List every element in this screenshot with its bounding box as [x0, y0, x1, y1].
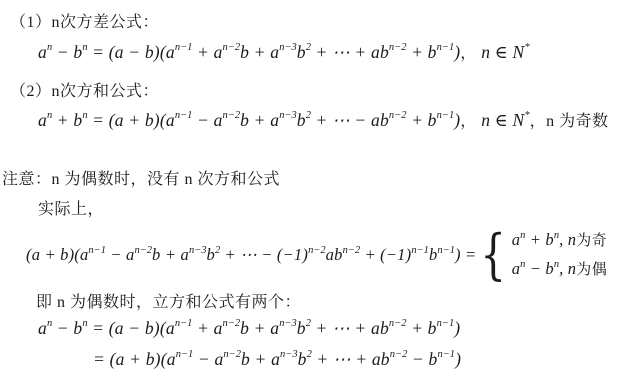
superscript: n−3 — [280, 349, 298, 360]
text-in-fact: 实际上， — [38, 196, 104, 219]
superscript: n−2 — [389, 110, 407, 121]
math-run: n ∈ N* — [481, 42, 529, 62]
superscript: n−2 — [223, 42, 241, 53]
formula-even-difference-form-1: an − bn = (a − b)(an−1 + an−2b + an−3b2 … — [38, 318, 460, 339]
superscript: n−1 — [175, 318, 193, 329]
superscript: n−1 — [437, 318, 455, 329]
formula-nth-power-sum: an + bn = (a + b)(an−1 − an−2b + an−3b2 … — [38, 108, 609, 131]
superscript: n−3 — [279, 318, 297, 329]
superscript: * — [524, 42, 529, 53]
superscript: 2 — [307, 349, 312, 360]
superscript: n−1 — [411, 245, 429, 256]
math-run: n ∈ N* — [481, 110, 529, 130]
superscript: * — [524, 110, 529, 121]
superscript: 2 — [306, 42, 311, 53]
superscript: n−2 — [308, 245, 326, 256]
math-run: an − bn, n — [512, 259, 577, 278]
math-run: (a + b)(an−1 − an−2b + an−3b2 + ⋯ − (−1)… — [26, 245, 476, 265]
superscript: n−3 — [279, 110, 297, 121]
math-run: an − bn = (a − b)(an−1 + an−2b + an−3b2 … — [38, 42, 460, 62]
superscript: n−1 — [175, 42, 193, 53]
superscript: n−2 — [390, 349, 408, 360]
superscript: 2 — [306, 110, 311, 121]
cases-group: {an + bn, n为奇an − bn, n为偶 — [476, 226, 607, 284]
superscript: n−2 — [223, 349, 241, 360]
math-run: an − bn = (a − b)(an−1 + an−2b + an−3b2 … — [38, 318, 460, 338]
formula-identity-with-cases: (a + b)(an−1 − an−2b + an−3b2 + ⋯ − (−1)… — [26, 226, 607, 284]
superscript: n — [47, 110, 52, 121]
superscript: n−1 — [437, 245, 455, 256]
superscript: n — [82, 318, 87, 329]
text-run: 为奇 — [576, 233, 607, 249]
superscript: n — [82, 42, 87, 53]
superscript: n−2 — [223, 318, 241, 329]
superscript: 2 — [306, 318, 311, 329]
superscript: n — [554, 230, 559, 241]
note-no-sum-formula-for-even-n: 注意：n 为偶数时，没有 n 次方和公式 — [2, 166, 280, 189]
text-run: ， — [460, 45, 481, 62]
superscript: n — [82, 110, 87, 121]
superscript: n−1 — [437, 349, 455, 360]
heading-nth-power-difference: （1）n次方差公式： — [10, 9, 159, 32]
text-run: ，n 为奇数 — [530, 113, 609, 130]
superscript: n — [520, 259, 525, 270]
superscript: n — [554, 259, 559, 270]
superscript: n−2 — [389, 42, 407, 53]
superscript: n — [520, 230, 525, 241]
formula-even-difference-form-2: = (a + b)(an−1 − an−2b + an−3b2 + ⋯ + ab… — [93, 349, 461, 370]
case-rows: an + bn, n为奇an − bn, n为偶 — [512, 226, 608, 284]
superscript: n−2 — [389, 318, 407, 329]
heading-nth-power-sum: （2）n次方和公式： — [10, 78, 159, 101]
formula-nth-power-difference: an − bn = (a − b)(an−1 + an−2b + an−3b2 … — [38, 40, 530, 63]
text-run: ， — [460, 113, 481, 130]
math-run: = (a + b)(an−1 − an−2b + an−3b2 + ⋯ + ab… — [93, 349, 461, 369]
text-even-n-two-formulas: 即 n 为偶数时，立方和公式有两个： — [36, 289, 301, 312]
superscript: n — [47, 318, 52, 329]
case-row: an − bn, n为偶 — [512, 255, 608, 284]
text-run: 为偶 — [576, 262, 607, 278]
case-row: an + bn, n为奇 — [512, 226, 608, 255]
superscript: n−3 — [279, 42, 297, 53]
superscript: n — [47, 42, 52, 53]
math-run: an + bn, n — [512, 230, 577, 249]
superscript: 2 — [215, 245, 220, 256]
superscript: n−1 — [437, 42, 455, 53]
superscript: n−1 — [175, 110, 193, 121]
superscript: n−1 — [88, 245, 106, 256]
superscript: n−2 — [343, 245, 361, 256]
superscript: n−1 — [437, 110, 455, 121]
superscript: n−3 — [189, 245, 207, 256]
left-brace: { — [481, 228, 507, 282]
superscript: n−2 — [134, 245, 152, 256]
superscript: n−2 — [223, 110, 241, 121]
document-page: （1）n次方差公式： an − bn = (a − b)(an−1 + an−2… — [0, 0, 630, 385]
superscript: n−1 — [176, 349, 194, 360]
math-run: an + bn = (a + b)(an−1 − an−2b + an−3b2 … — [38, 110, 460, 130]
